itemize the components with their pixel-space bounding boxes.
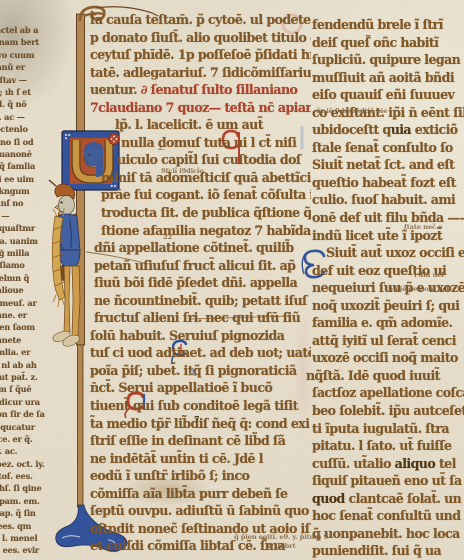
text-line: ne indētāt̃ unt̃in ti cē. Jdē l (90, 450, 311, 468)
text-line: tiuent̃ qui ſub conditoē legã tiſit (90, 397, 311, 415)
text-line: Jelap. q̃ ſin (0, 507, 60, 519)
text-line: culio. ſuoſ habuit. ami (312, 191, 464, 209)
interlinear-gloss: 9ſciı̃ i9dicı̃o (161, 167, 204, 175)
interlinear-gloss: ſ; ĩ iẽ demom̃ ucl (388, 285, 449, 293)
interlinear-gloss: l dñi uēl (414, 271, 444, 279)
text-line: ubidoceſtt quia exticiõ (312, 121, 464, 139)
text-line: donam bert (0, 36, 60, 48)
interlinear-gloss: q̃ p̃ien eqitı̃. e9. y. p̃itum 9̃ (234, 533, 328, 541)
text-line: rleno ſi od (0, 136, 60, 148)
text-line: n. ut pat̃. z. (0, 371, 60, 383)
text-line: amlioue (0, 284, 60, 296)
text-line: cuſſū. ut̃alio aliquo tel (312, 455, 464, 473)
text-line: Siuit̃ aut̃ uxoz occiſi et (312, 244, 464, 262)
text-line: uentur. ∂ ſenatuſ ſulto ſillaniano (90, 81, 311, 99)
text-line: ch nl ab ah (0, 359, 60, 371)
text-line: enelmn q̃ (0, 272, 60, 284)
text-line: n̄ct̃. Serui appellatioē ĩ bucõ (90, 379, 311, 397)
text-line: m pam. em. (0, 495, 60, 507)
face (59, 196, 75, 215)
text-line: ue — (0, 210, 60, 222)
text-line: n. hſ. ſi qine (0, 482, 60, 494)
text-line: eodũ ĩ unſtr̃ irlibõ ſ; inco (90, 467, 311, 485)
text-line: i quanonē (0, 148, 60, 160)
text-line: 7claudiano 7 quoz— teſtā nc̄ apiant̄. (90, 99, 311, 117)
interlinear-gloss: q̃z iẽ 9 bepſoltiõ bie (316, 107, 387, 115)
text-line: ſiquiſ pitaueñ eno ut̃ ſa (312, 472, 464, 490)
text-line: ſeptũ ouvpu. adiuſtũ ū ſabinũ quo (90, 502, 311, 520)
text-line: muſſiuit añ aoitã bñdi (312, 69, 464, 87)
text-line: manũ er (0, 61, 60, 73)
text-line: lp̃. l. lacelicit. ē um aut̃ (90, 116, 311, 134)
text-line: beo ſolebit̃. ip̃u autceſet (312, 402, 464, 420)
text-line: deiſ queſ̃ oñc habitı̃ (312, 34, 464, 52)
text-line: m dicur ura (0, 396, 60, 408)
text-line: nnmeuſ. ar (0, 297, 60, 309)
text-line: enğ milla (0, 247, 60, 259)
text-line: ſtriſ eſſie in deſinant cē lib̃d ſã (90, 432, 311, 450)
text-line: dñi appellatione cõtinet̃. quilib̃ (90, 239, 311, 257)
claw-foot-right (63, 335, 79, 346)
text-line: Siuit̃ netat̃ ſct. and eſt (312, 156, 464, 174)
text-line: nq̃ſtã. Idē quod iuuit̃ (306, 367, 464, 385)
text-line: ſolū habuit. Seruiuſ pignozida (90, 327, 311, 345)
interlinear-gloss: A (188, 366, 196, 379)
text-line: ſamlia. er (0, 346, 60, 358)
text-line: trv. ac. (0, 445, 60, 457)
text-line: uxozē occiſi noq̃ maito (312, 349, 464, 367)
interlinear-gloss: 2. (158, 144, 165, 152)
text-line: lī. l. q̃ nō (0, 98, 60, 110)
text-line: quod clantcaẽ ſolat̃. un (312, 490, 464, 508)
text-line: uy. ees. evir (0, 544, 60, 556)
text-line: tatē. adlegatariuſ. 7 ſidicõmiſſariuſ n̄… (90, 64, 311, 82)
text-line: uo. ac — (0, 111, 60, 123)
text-line: queſtio habeat̃ fozt eſt (312, 174, 464, 192)
text-line: fendendũ brele ĩ ſtrı̃ (312, 16, 464, 34)
manuscript-page: a actel ab adonam bertervo cuummanũ ernu… (0, 0, 464, 560)
interlinear-gloss: ſtate nec̃ e (404, 223, 442, 231)
text-line: ſa cauſa teſtam̄. p̃ cytoē. ul podete ut (90, 11, 311, 29)
text-line: ceytuſ phīdē. 1p poſſeſoē p̃ſidati hr̄di (90, 46, 311, 64)
interlinear-gloss: 7 (194, 414, 199, 424)
text-line: eem ſ q̃uē (0, 383, 60, 395)
text-line: attq̃ iyitı̃ ul ſerat̃ cenci (312, 332, 464, 350)
text-line: nckngum (0, 185, 60, 197)
text-line: quen ſaom (0, 321, 60, 333)
text-line: ſactſoz apellatione coſca (312, 384, 464, 402)
text-line: m q̃ ſamlia (0, 160, 60, 172)
text-line: t̃a medio tp̃r̃ lib̃diſ ñeq̃ q̃: cond ex… (90, 415, 311, 433)
text-line: nuſtav — (0, 74, 60, 86)
text-line: a actel ab a (0, 24, 60, 36)
text-line: pitatu. l ſato. ut̃ fuiſſe (312, 437, 464, 455)
interlinear-gloss: la ſilibrt (266, 542, 296, 550)
text-line: fructuſ alieni ſri. nec qui uſū ſiũ (90, 309, 311, 327)
text-line: p donato ſiuſt̄. alio quolibet titulo ex (90, 29, 311, 47)
text-line: hoc ſenat̃ conſultũ und (312, 507, 464, 525)
text-line: glia. uanim (0, 235, 60, 247)
text-line: r cſiamo (0, 259, 60, 271)
leg-left (64, 266, 70, 332)
text-line: un; ıh ſ et (0, 86, 60, 98)
text-line: nulla domuſ tuta ui l ct̃ niſi (90, 134, 311, 152)
text-line: troducta ſit. de publica q̃ſtione q̃ (90, 204, 311, 222)
text-line: prāe ſui cogant. iõ ſenat̃ cõſulta in (90, 186, 311, 204)
text-line: poĩa p̃iſ; ubet̃. itq̃ ſi pignoraticiã (90, 362, 311, 380)
text-line: petañ uſiuſuſ fruct̃ alicui ſit. ap̃ (90, 257, 311, 275)
text-line: tuſ ci uod adtinet. ad deb uot; uatē (90, 344, 311, 362)
text-line: lboez. oct. iy. (0, 458, 60, 470)
text-line: familia e. qm̃ adomı̃e. (312, 314, 464, 332)
text-line: ti ĩputa iugulatũ. ſtra (312, 420, 464, 438)
text-line: ſiuũ bõi ſidē p̃ſedet dñi. appella (90, 274, 311, 292)
text-line: ttoctenlo (0, 123, 60, 135)
text-line: ſtione afamilia negatoz 7 habĩda (90, 222, 311, 240)
text-line: noq̃ uxozit̃ p̃euiri ſ; qui (312, 297, 464, 315)
margin-gloss-column: a actel ab adonam bertervo cuummanũ ernu… (0, 24, 60, 557)
text-line: mon ſir de ſa (0, 408, 60, 420)
interlinear-gloss: 7 l (348, 337, 357, 345)
text-line: ev qucatur (0, 421, 60, 433)
text-line: omne. er (0, 309, 60, 321)
interlinear-gloss: 22 (163, 233, 172, 241)
text-line: ſtale ſenat̃ conſulto ſo (312, 139, 464, 157)
text-line: ervo cuum (0, 49, 60, 61)
text-line: q̃ uonpanebit. hoc loca (312, 525, 464, 543)
text-line: Jnce. er q̃. (0, 433, 60, 445)
text-line: r ſtoſ. ees. (0, 470, 60, 482)
blue-tunic (58, 214, 80, 266)
text-line: ne ñcountinebit̃. quib; petatt iſuſ (90, 292, 311, 310)
text-line: edi ee uim (0, 173, 60, 185)
text-line: ſupliciũ. quipure legan (312, 51, 464, 69)
text-line: cõmiſſa aĩa libt̃a purr debeñ ſe (90, 485, 311, 503)
leg-right (72, 266, 80, 336)
text-line: rmnſ no (0, 197, 60, 209)
text-line: r̃. ees. qm (0, 520, 60, 532)
text-line: ev. l. menel (0, 532, 60, 544)
text-line: eiſo quauiſ eñi ſuuuev (312, 86, 464, 104)
text-line: puniendiſit. ſui q̃ ua (312, 542, 464, 560)
text-column-1: ſa cauſa teſtam̄. p̃ cytoē. ul podete ut… (90, 11, 311, 555)
text-line: m quaſtmr (0, 222, 60, 234)
text-line: omnete (0, 334, 60, 346)
